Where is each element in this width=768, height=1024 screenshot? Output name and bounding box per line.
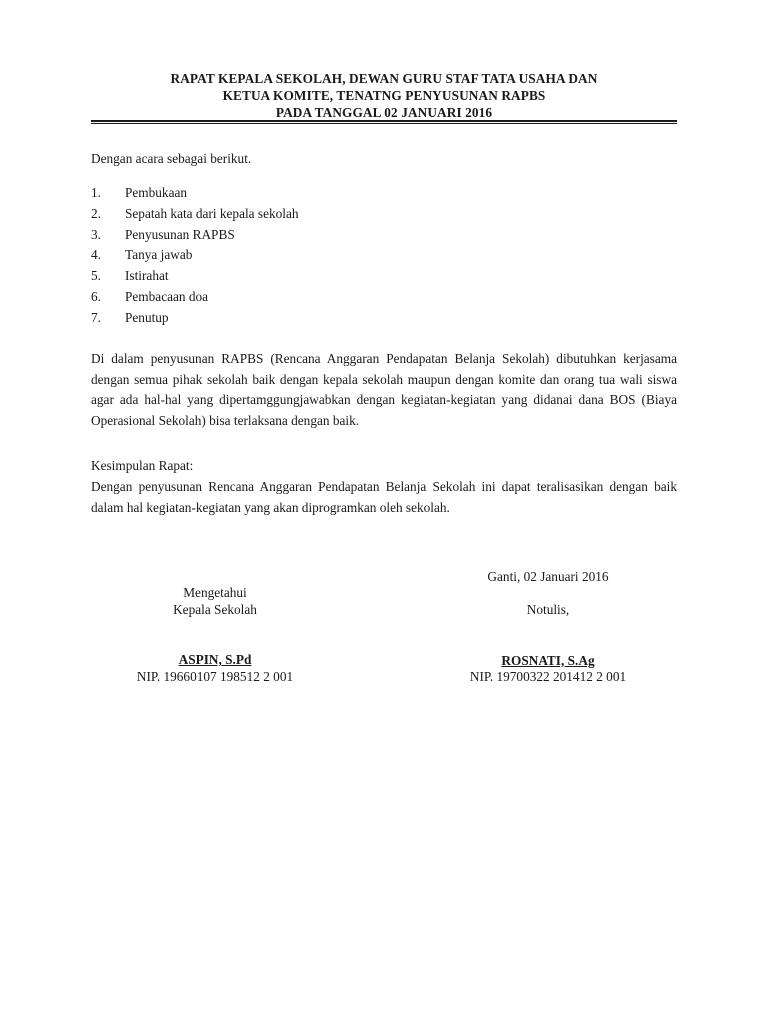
agenda-text: Istirahat xyxy=(125,266,169,287)
agenda-text: Pembacaan doa xyxy=(125,287,208,308)
body-paragraph: Di dalam penyusunan RAPBS (Rencana Angga… xyxy=(91,349,677,431)
agenda-number: 4. xyxy=(91,245,125,266)
place-date: Ganti, 02 Januari 2016 xyxy=(428,569,668,586)
agenda-number: 5. xyxy=(91,266,125,287)
spacer xyxy=(428,586,668,603)
agenda-text: Sepatah kata dari kepala sekolah xyxy=(125,204,299,225)
header-double-rule xyxy=(91,120,677,124)
agenda-item: 3.Penyusunan RAPBS xyxy=(91,225,299,246)
rule-thin-line xyxy=(91,123,677,124)
notulis-nip: NIP. 19700322 201412 2 001 xyxy=(428,669,668,686)
principal-name: ASPIN, S.Pd xyxy=(95,652,335,669)
conclusion-paragraph: Dengan penyusunan Rencana Anggaran Penda… xyxy=(91,477,677,518)
rule-thick-line xyxy=(91,120,677,122)
agenda-item: 4.Tanya jawab xyxy=(91,245,299,266)
agenda-number: 2. xyxy=(91,204,125,225)
agenda-text: Pembukaan xyxy=(125,183,187,204)
agenda-item: 7.Penutup xyxy=(91,308,299,329)
agenda-number: 7. xyxy=(91,308,125,329)
agenda-item: 5.Istirahat xyxy=(91,266,299,287)
principal-nip: NIP. 19660107 198512 2 001 xyxy=(95,669,335,686)
title-line-2: KETUA KOMITE, TENATNG PENYUSUNAN RAPBS xyxy=(91,87,677,104)
signature-space xyxy=(95,618,335,652)
notulis-role: Notulis, xyxy=(428,602,668,619)
agenda-number: 6. xyxy=(91,287,125,308)
acknowledge-label: Mengetahui xyxy=(95,585,335,602)
agenda-number: 1. xyxy=(91,183,125,204)
agenda-list: 1.Pembukaan 2.Sepatah kata dari kepala s… xyxy=(91,183,299,329)
agenda-item: 1.Pembukaan xyxy=(91,183,299,204)
principal-role: Kepala Sekolah xyxy=(95,602,335,619)
conclusion-label: Kesimpulan Rapat: xyxy=(91,458,193,474)
signature-right: Ganti, 02 Januari 2016 Notulis, ROSNATI,… xyxy=(428,569,668,686)
agenda-item: 2.Sepatah kata dari kepala sekolah xyxy=(91,204,299,225)
agenda-text: Penyusunan RAPBS xyxy=(125,225,235,246)
agenda-text: Penutup xyxy=(125,308,169,329)
signature-space xyxy=(428,619,668,653)
title-line-1: RAPAT KEPALA SEKOLAH, DEWAN GURU STAF TA… xyxy=(91,70,677,87)
agenda-item: 6.Pembacaan doa xyxy=(91,287,299,308)
agenda-number: 3. xyxy=(91,225,125,246)
document-title: RAPAT KEPALA SEKOLAH, DEWAN GURU STAF TA… xyxy=(91,70,677,121)
notulis-name: ROSNATI, S.Ag xyxy=(428,653,668,670)
agenda-text: Tanya jawab xyxy=(125,245,192,266)
signature-left: Mengetahui Kepala Sekolah ASPIN, S.Pd NI… xyxy=(95,585,335,685)
title-line-3: PADA TANGGAL 02 JANUARI 2016 xyxy=(91,104,677,121)
intro-text: Dengan acara sebagai berikut. xyxy=(91,151,251,167)
